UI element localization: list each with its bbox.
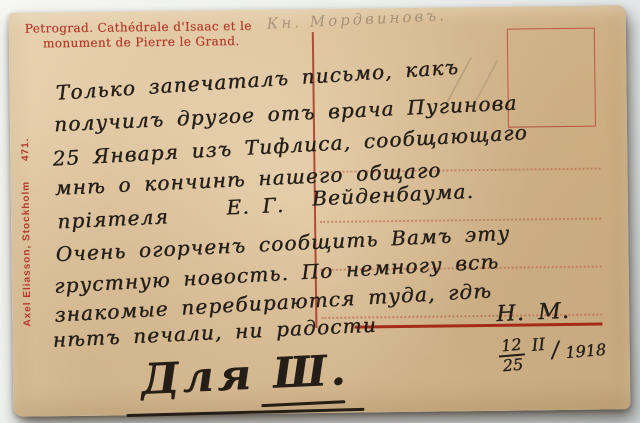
title-line-1: Petrograd. Cathédrale d'Isaac et le (25, 19, 252, 36)
message-segment: пріятеля (57, 204, 170, 233)
date-inscription: 12 25 II / 1918 (497, 330, 607, 375)
date-month-roman: II (531, 334, 546, 355)
postcard-title: Petrograd. Cathédrale d'Isaac et le monu… (25, 19, 252, 51)
dedication-underline-short (261, 400, 345, 407)
stamp-box (507, 28, 596, 128)
dedication: Для Ш. (140, 345, 350, 404)
date-new-style-day: 25 (502, 356, 524, 375)
message-segment-initials: Е. Г. (226, 193, 285, 220)
title-line-2: monument de Pierre le Grand. (43, 34, 252, 51)
signature: Н. М. (496, 299, 571, 327)
publisher-number: 471. (20, 138, 31, 162)
postcard: Petrograd. Cathédrale d'Isaac et le monu… (9, 5, 631, 417)
publisher-imprint: Axel Eliasson, Stockholm 471. (19, 87, 33, 327)
photo-background: Petrograd. Cathédrale d'Isaac et le monu… (0, 0, 640, 423)
date-slash: / (551, 337, 560, 363)
dedication-underline-long (126, 408, 364, 417)
pencil-annotation: Кн. Мордвиновъ. (266, 6, 447, 32)
publisher-name: Axel Eliasson, Stockholm (21, 181, 34, 327)
date-year: 1918 (565, 339, 607, 361)
date-fraction: 12 25 (497, 336, 526, 374)
